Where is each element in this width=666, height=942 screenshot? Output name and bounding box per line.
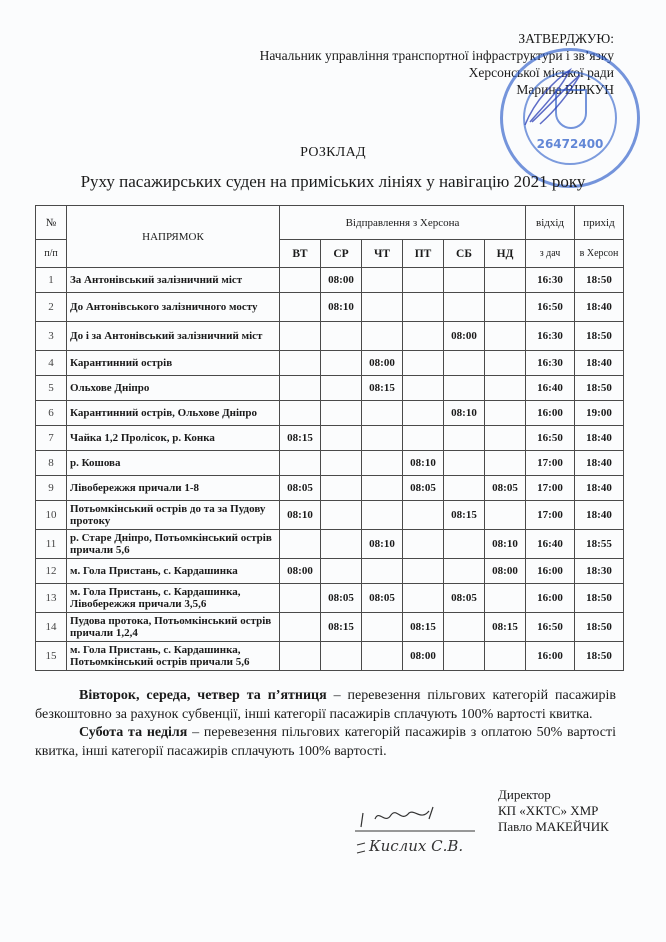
departure-sun: 08:00	[485, 559, 526, 584]
row-depart-from-dacha: 17:00	[526, 451, 575, 476]
header-depart-top: відхід	[526, 206, 575, 240]
director-signature: Кислих С.В.	[355, 805, 485, 865]
departure-thu	[362, 401, 403, 426]
row-depart-from-dacha: 16:50	[526, 293, 575, 322]
row-depart-from-dacha: 17:00	[526, 476, 575, 501]
row-direction: За Антонівський залізничний міст	[67, 268, 280, 293]
departure-sun	[485, 293, 526, 322]
row-number: 1	[36, 268, 67, 293]
row-number: 5	[36, 376, 67, 401]
table-row: 11р. Старе Дніпро, Потьомкінський острів…	[36, 530, 624, 559]
row-arrive-kherson: 18:50	[575, 584, 624, 613]
departure-sat	[444, 613, 485, 642]
departure-tue	[280, 451, 321, 476]
header-depart-bottom: з дач	[526, 240, 575, 268]
departure-sat: 08:10	[444, 401, 485, 426]
header-day-tue: ВТ	[280, 240, 321, 268]
signatory-block: Директор КП «ХКТС» ХМР Павло МАКЕЙЧИК	[498, 787, 609, 835]
header-num-top: №	[36, 206, 67, 240]
departure-sat: 08:15	[444, 501, 485, 530]
departure-sun	[485, 401, 526, 426]
departure-tue	[280, 530, 321, 559]
row-depart-from-dacha: 16:00	[526, 642, 575, 671]
departure-sun	[485, 322, 526, 351]
row-arrive-kherson: 18:50	[575, 268, 624, 293]
row-direction: Лівобережжя причали 1-8	[67, 476, 280, 501]
departure-sat: 08:05	[444, 584, 485, 613]
table-row: 7Чайка 1,2 Пролісок, р. Конка08:1516:501…	[36, 426, 624, 451]
row-direction: м. Гола Пристань, с. Кардашинка, Потьомк…	[67, 642, 280, 671]
departure-sat	[444, 376, 485, 401]
departure-sun	[485, 451, 526, 476]
row-direction: Ольхове Дніпро	[67, 376, 280, 401]
row-number: 7	[36, 426, 67, 451]
departure-thu	[362, 559, 403, 584]
departure-thu	[362, 613, 403, 642]
row-depart-from-dacha: 16:40	[526, 530, 575, 559]
departure-thu	[362, 268, 403, 293]
row-number: 4	[36, 351, 67, 376]
departure-sun	[485, 501, 526, 530]
departure-thu	[362, 293, 403, 322]
table-row: 10Потьомкінський острів до та за Пудову …	[36, 501, 624, 530]
row-direction: Потьомкінський острів до та за Пудову пр…	[67, 501, 280, 530]
departure-fri	[403, 322, 444, 351]
table-row: 4Карантинний острів08:0016:3018:40	[36, 351, 624, 376]
departure-tue	[280, 613, 321, 642]
departure-wed	[321, 376, 362, 401]
departure-sun	[485, 351, 526, 376]
header-arrive-top: прихід	[575, 206, 624, 240]
departure-thu	[362, 322, 403, 351]
departure-sat: 08:00	[444, 322, 485, 351]
departure-fri: 08:10	[403, 451, 444, 476]
departure-sun	[485, 268, 526, 293]
row-number: 3	[36, 322, 67, 351]
row-direction: Чайка 1,2 Пролісок, р. Конка	[67, 426, 280, 451]
row-depart-from-dacha: 16:30	[526, 268, 575, 293]
header-day-thu: ЧТ	[362, 240, 403, 268]
departure-sat	[444, 293, 485, 322]
departure-tue	[280, 401, 321, 426]
departure-sat	[444, 451, 485, 476]
row-arrive-kherson: 18:50	[575, 376, 624, 401]
handwritten-note: Кислих С.В.	[368, 837, 463, 855]
row-number: 15	[36, 642, 67, 671]
departure-fri	[403, 376, 444, 401]
departure-wed: 08:05	[321, 584, 362, 613]
departure-sun	[485, 376, 526, 401]
departure-thu: 08:15	[362, 376, 403, 401]
row-arrive-kherson: 18:40	[575, 451, 624, 476]
departure-tue	[280, 584, 321, 613]
header-day-sat: СБ	[444, 240, 485, 268]
departure-wed	[321, 401, 362, 426]
row-direction: Пудова протока, Потьомкінський острів пр…	[67, 613, 280, 642]
header-day-wed: СР	[321, 240, 362, 268]
departure-thu: 08:05	[362, 584, 403, 613]
row-depart-from-dacha: 16:00	[526, 559, 575, 584]
departure-sat	[444, 530, 485, 559]
document-title: РОЗКЛАД	[0, 145, 666, 161]
departure-sat	[444, 559, 485, 584]
header-day-sun: НД	[485, 240, 526, 268]
header-departures-group: Відправлення з Херсона	[280, 206, 526, 240]
departure-fri	[403, 559, 444, 584]
table-row: 9Лівобережжя причали 1-808:0508:0508:051…	[36, 476, 624, 501]
row-arrive-kherson: 18:30	[575, 559, 624, 584]
departure-fri	[403, 530, 444, 559]
row-depart-from-dacha: 16:30	[526, 322, 575, 351]
row-direction: До і за Антонівський залізничний міст	[67, 322, 280, 351]
departure-wed: 08:10	[321, 293, 362, 322]
departure-wed	[321, 642, 362, 671]
row-direction: Карантинний острів, Ольхове Дніпро	[67, 401, 280, 426]
header-num-bottom: п/п	[36, 240, 67, 268]
departure-sun: 08:15	[485, 613, 526, 642]
note-weekdays: Вівторок, середа, четвер та п’ятниця – п…	[35, 687, 616, 724]
row-number: 13	[36, 584, 67, 613]
signatory-name: Павло МАКЕЙЧИК	[498, 819, 609, 835]
departure-sat	[444, 426, 485, 451]
departure-tue: 08:15	[280, 426, 321, 451]
departure-wed	[321, 322, 362, 351]
departure-thu	[362, 476, 403, 501]
signatory-title: Директор	[498, 787, 609, 803]
table-row: 15м. Гола Пристань, с. Кардашинка, Потьо…	[36, 642, 624, 671]
table-row: 13м. Гола Пристань, с. Кардашинка, Лівоб…	[36, 584, 624, 613]
departure-wed	[321, 351, 362, 376]
departure-sat	[444, 351, 485, 376]
departure-fri: 08:00	[403, 642, 444, 671]
departure-tue	[280, 376, 321, 401]
departure-tue	[280, 293, 321, 322]
departure-wed	[321, 559, 362, 584]
row-arrive-kherson: 18:55	[575, 530, 624, 559]
row-number: 12	[36, 559, 67, 584]
row-arrive-kherson: 18:40	[575, 476, 624, 501]
departure-fri	[403, 401, 444, 426]
approval-signature	[510, 60, 610, 130]
departure-wed: 08:00	[321, 268, 362, 293]
row-arrive-kherson: 18:40	[575, 293, 624, 322]
row-arrive-kherson: 18:50	[575, 642, 624, 671]
departure-thu	[362, 642, 403, 671]
row-depart-from-dacha: 16:00	[526, 401, 575, 426]
departure-thu	[362, 451, 403, 476]
departure-wed	[321, 451, 362, 476]
document-subtitle: Руху пасажирських суден на приміських лі…	[0, 172, 666, 192]
row-depart-from-dacha: 17:00	[526, 501, 575, 530]
table-row: 8р. Кошова08:1017:0018:40	[36, 451, 624, 476]
table-row: 14Пудова протока, Потьомкінський острів …	[36, 613, 624, 642]
header-row-top: № НАПРЯМОК Відправлення з Херсона відхід…	[36, 206, 624, 240]
row-number: 10	[36, 501, 67, 530]
departure-tue	[280, 322, 321, 351]
row-number: 8	[36, 451, 67, 476]
row-arrive-kherson: 18:40	[575, 426, 624, 451]
departure-wed	[321, 426, 362, 451]
row-number: 6	[36, 401, 67, 426]
row-arrive-kherson: 19:00	[575, 401, 624, 426]
departure-thu	[362, 426, 403, 451]
departure-tue: 08:00	[280, 559, 321, 584]
row-direction: р. Кошова	[67, 451, 280, 476]
row-direction: м. Гола Пристань, с. Кардашинка	[67, 559, 280, 584]
note-weekdays-days: Вівторок, середа, четвер та п’ятниця	[79, 688, 327, 703]
departure-fri	[403, 268, 444, 293]
departure-sat	[444, 268, 485, 293]
departure-thu	[362, 501, 403, 530]
row-depart-from-dacha: 16:50	[526, 613, 575, 642]
departure-wed	[321, 476, 362, 501]
row-direction: До Антонівського залізничного мосту	[67, 293, 280, 322]
row-depart-from-dacha: 16:40	[526, 376, 575, 401]
departure-fri	[403, 351, 444, 376]
header-direction: НАПРЯМОК	[67, 206, 280, 268]
departure-wed: 08:15	[321, 613, 362, 642]
departure-sun	[485, 584, 526, 613]
table-row: 12м. Гола Пристань, с. Кардашинка08:0008…	[36, 559, 624, 584]
departure-fri	[403, 501, 444, 530]
departure-fri	[403, 426, 444, 451]
row-number: 2	[36, 293, 67, 322]
header-day-fri: ПТ	[403, 240, 444, 268]
note-weekend-days: Субота та неділя	[79, 725, 187, 740]
departure-tue: 08:10	[280, 501, 321, 530]
table-row: 2До Антонівського залізничного мосту08:1…	[36, 293, 624, 322]
departure-fri: 08:05	[403, 476, 444, 501]
table-row: 5Ольхове Дніпро08:1516:4018:50	[36, 376, 624, 401]
row-depart-from-dacha: 16:50	[526, 426, 575, 451]
schedule-table: № НАПРЯМОК Відправлення з Херсона відхід…	[35, 205, 624, 671]
departure-wed	[321, 501, 362, 530]
row-arrive-kherson: 18:40	[575, 501, 624, 530]
row-direction: м. Гола Пристань, с. Кардашинка, Лівобер…	[67, 584, 280, 613]
row-direction: р. Старе Дніпро, Потьомкінський острів п…	[67, 530, 280, 559]
row-number: 11	[36, 530, 67, 559]
fare-notes: Вівторок, середа, четвер та п’ятниця – п…	[35, 687, 616, 761]
departure-sun: 08:10	[485, 530, 526, 559]
departure-tue	[280, 351, 321, 376]
table-row: 3До і за Антонівський залізничний міст08…	[36, 322, 624, 351]
departure-tue	[280, 642, 321, 671]
row-arrive-kherson: 18:50	[575, 322, 624, 351]
row-direction: Карантинний острів	[67, 351, 280, 376]
departure-sun: 08:05	[485, 476, 526, 501]
departure-tue: 08:05	[280, 476, 321, 501]
departure-fri	[403, 584, 444, 613]
departure-sun	[485, 642, 526, 671]
row-number: 9	[36, 476, 67, 501]
departure-sun	[485, 426, 526, 451]
signatory-org: КП «ХКТС» ХМР	[498, 803, 609, 819]
departure-thu: 08:10	[362, 530, 403, 559]
departure-sat	[444, 476, 485, 501]
departure-thu: 08:00	[362, 351, 403, 376]
row-number: 14	[36, 613, 67, 642]
row-arrive-kherson: 18:40	[575, 351, 624, 376]
departure-sat	[444, 642, 485, 671]
departure-fri: 08:15	[403, 613, 444, 642]
table-row: 6Карантинний острів, Ольхове Дніпро08:10…	[36, 401, 624, 426]
table-row: 1За Антонівський залізничний міст08:0016…	[36, 268, 624, 293]
row-depart-from-dacha: 16:30	[526, 351, 575, 376]
departure-tue	[280, 268, 321, 293]
header-arrive-bottom: в Херсон	[575, 240, 624, 268]
approval-heading: ЗАТВЕРДЖУЮ:	[260, 30, 614, 47]
departure-wed	[321, 530, 362, 559]
note-weekend: Субота та неділя – перевезення пільгових…	[35, 724, 616, 761]
row-depart-from-dacha: 16:00	[526, 584, 575, 613]
departure-fri	[403, 293, 444, 322]
row-arrive-kherson: 18:50	[575, 613, 624, 642]
